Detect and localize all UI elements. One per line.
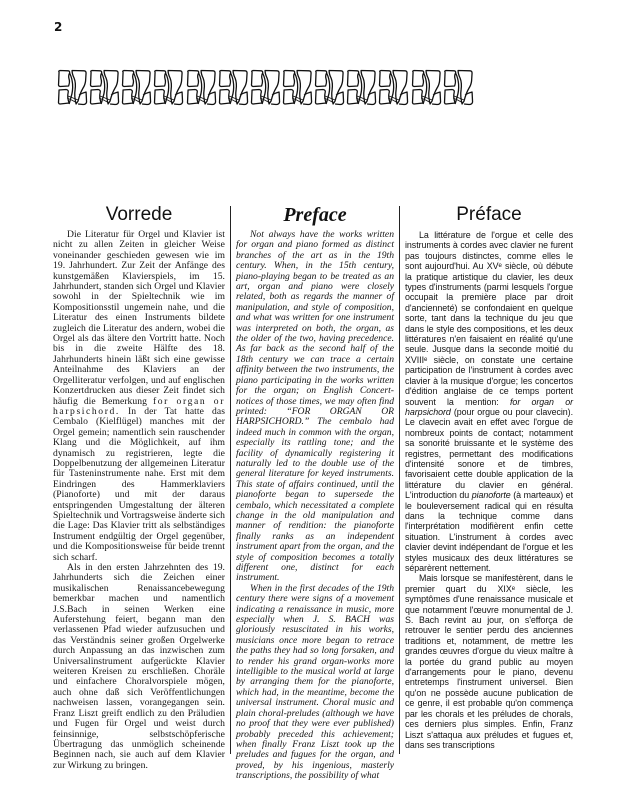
ornament-leaf-icon xyxy=(345,69,377,106)
page-number: 2 xyxy=(54,20,62,34)
english-heading: Preface xyxy=(236,204,394,226)
paragraph-text: Die Literatur für Orgel und Klavier ist … xyxy=(53,229,225,407)
paragraph-text: (à marteaux) et le bouleversement radica… xyxy=(405,490,573,573)
paragraph-text: La littérature de l'orgue et celle des i… xyxy=(405,230,573,407)
french-paragraph-2: Mais lorsque se manifestèrent, dans le p… xyxy=(405,573,573,750)
ornament-leaf-icon xyxy=(442,69,474,106)
english-paragraph-2: When in the first decades of the 19th ce… xyxy=(236,584,394,782)
ornament-leaf-icon xyxy=(377,69,409,106)
ornament-leaf-icon xyxy=(281,69,313,106)
german-paragraph-2: Als in den ersten Jahrzehnten des 19. Ja… xyxy=(53,563,225,771)
italic-emphasis: pianoforte xyxy=(472,490,511,500)
ornament-leaf-icon xyxy=(120,69,152,106)
ornament-leaf-icon xyxy=(152,69,184,106)
french-column: Préface La littérature de l'orgue et cel… xyxy=(405,204,573,750)
ornament-leaf-icon xyxy=(56,69,88,106)
ornament-leaf-icon xyxy=(185,69,217,106)
german-paragraph-1: Die Literatur für Orgel und Klavier ist … xyxy=(53,230,225,563)
ornament-leaf-icon xyxy=(249,69,281,106)
paragraph-text: (pour orgue ou pour clavecin). Le clavec… xyxy=(405,407,573,500)
ornament-leaf-icon xyxy=(410,69,442,106)
german-heading: Vorrede xyxy=(53,204,225,226)
english-column: Preface Not always have the works writte… xyxy=(236,204,394,782)
paragraph-text: In der Tat hatte das Cembalo (Kielflügel… xyxy=(53,406,225,563)
ornament-leaf-icon xyxy=(313,69,345,106)
column-divider xyxy=(230,206,231,754)
ornament-leaf-icon xyxy=(88,69,120,106)
column-divider xyxy=(399,206,400,754)
ornamental-border-band xyxy=(56,69,474,106)
english-paragraph-1: Not always have the works written for or… xyxy=(236,230,394,584)
french-paragraph-1: La littérature de l'orgue et celle des i… xyxy=(405,230,573,573)
german-column: Vorrede Die Literatur für Orgel und Klav… xyxy=(53,204,225,771)
french-heading: Préface xyxy=(405,204,573,226)
ornament-leaf-icon xyxy=(217,69,249,106)
